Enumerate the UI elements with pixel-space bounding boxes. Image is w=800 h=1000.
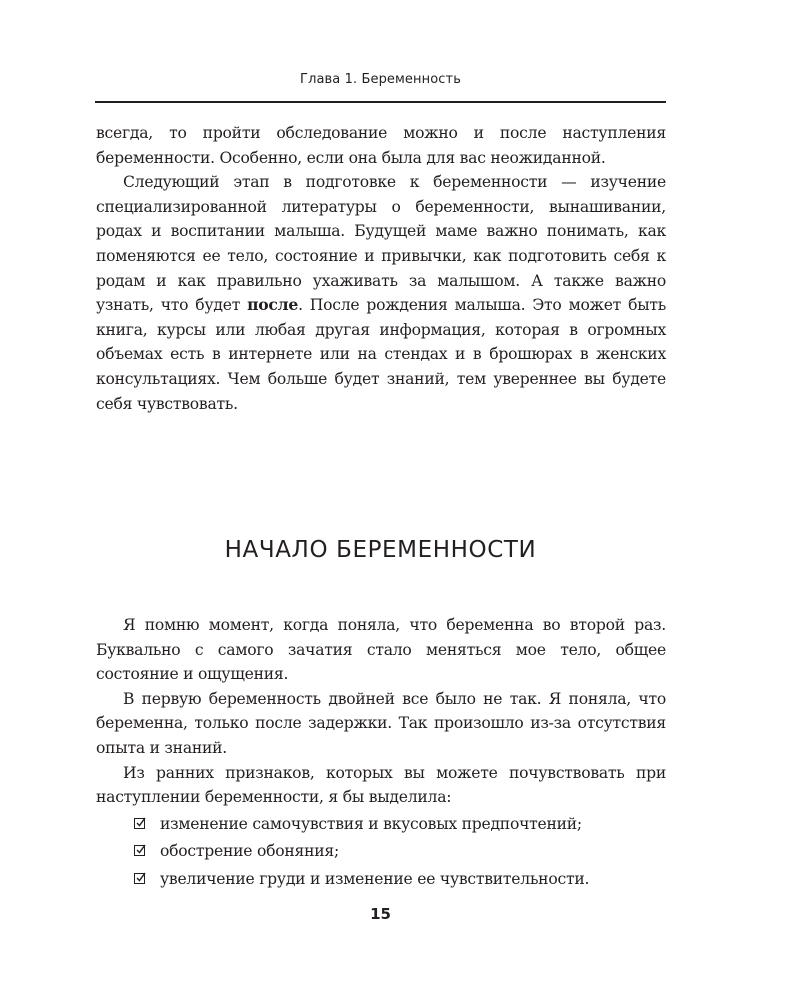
book-page: Глава 1. Беременность всегда, то пройти … bbox=[0, 0, 800, 1000]
checked-box-icon bbox=[134, 845, 145, 856]
emphasis-text: после bbox=[247, 295, 298, 314]
text-block-section: Я помню момент, когда поняла, что береме… bbox=[96, 613, 666, 892]
paragraph: Я помню момент, когда поняла, что береме… bbox=[96, 613, 666, 687]
list-item-text: увеличение груди и изменение ее чувствит… bbox=[160, 870, 589, 888]
paragraph: Следующий этап в подготовке к беременнос… bbox=[96, 170, 666, 416]
list-item: изменение самочувствия и вкусовых предпо… bbox=[96, 812, 666, 837]
text-block-intro: всегда, то пройти обследование можно и п… bbox=[96, 121, 666, 416]
header-rule bbox=[95, 101, 666, 103]
paragraph: всегда, то пройти обследование можно и п… bbox=[96, 121, 666, 170]
page-number: 15 bbox=[95, 905, 666, 923]
checklist: изменение самочувствия и вкусовых предпо… bbox=[96, 812, 666, 892]
paragraph: Из ранних признаков, которых вы можете п… bbox=[96, 761, 666, 810]
checked-box-icon bbox=[134, 818, 145, 829]
list-item: увеличение груди и изменение ее чувствит… bbox=[96, 867, 666, 892]
list-item-text: изменение самочувствия и вкусовых предпо… bbox=[160, 815, 582, 833]
list-item-text: обострение обоняния; bbox=[160, 842, 339, 860]
paragraph: В первую беременность двойней все было н… bbox=[96, 687, 666, 761]
list-item: обострение обоняния; bbox=[96, 839, 666, 864]
section-title: НАЧАЛО БЕРЕМЕННОСТИ bbox=[95, 537, 666, 563]
running-head: Глава 1. Беременность bbox=[95, 72, 666, 87]
paragraph-text: Следующий этап в подготовке к беременнос… bbox=[96, 173, 666, 314]
checked-box-icon bbox=[134, 873, 145, 884]
